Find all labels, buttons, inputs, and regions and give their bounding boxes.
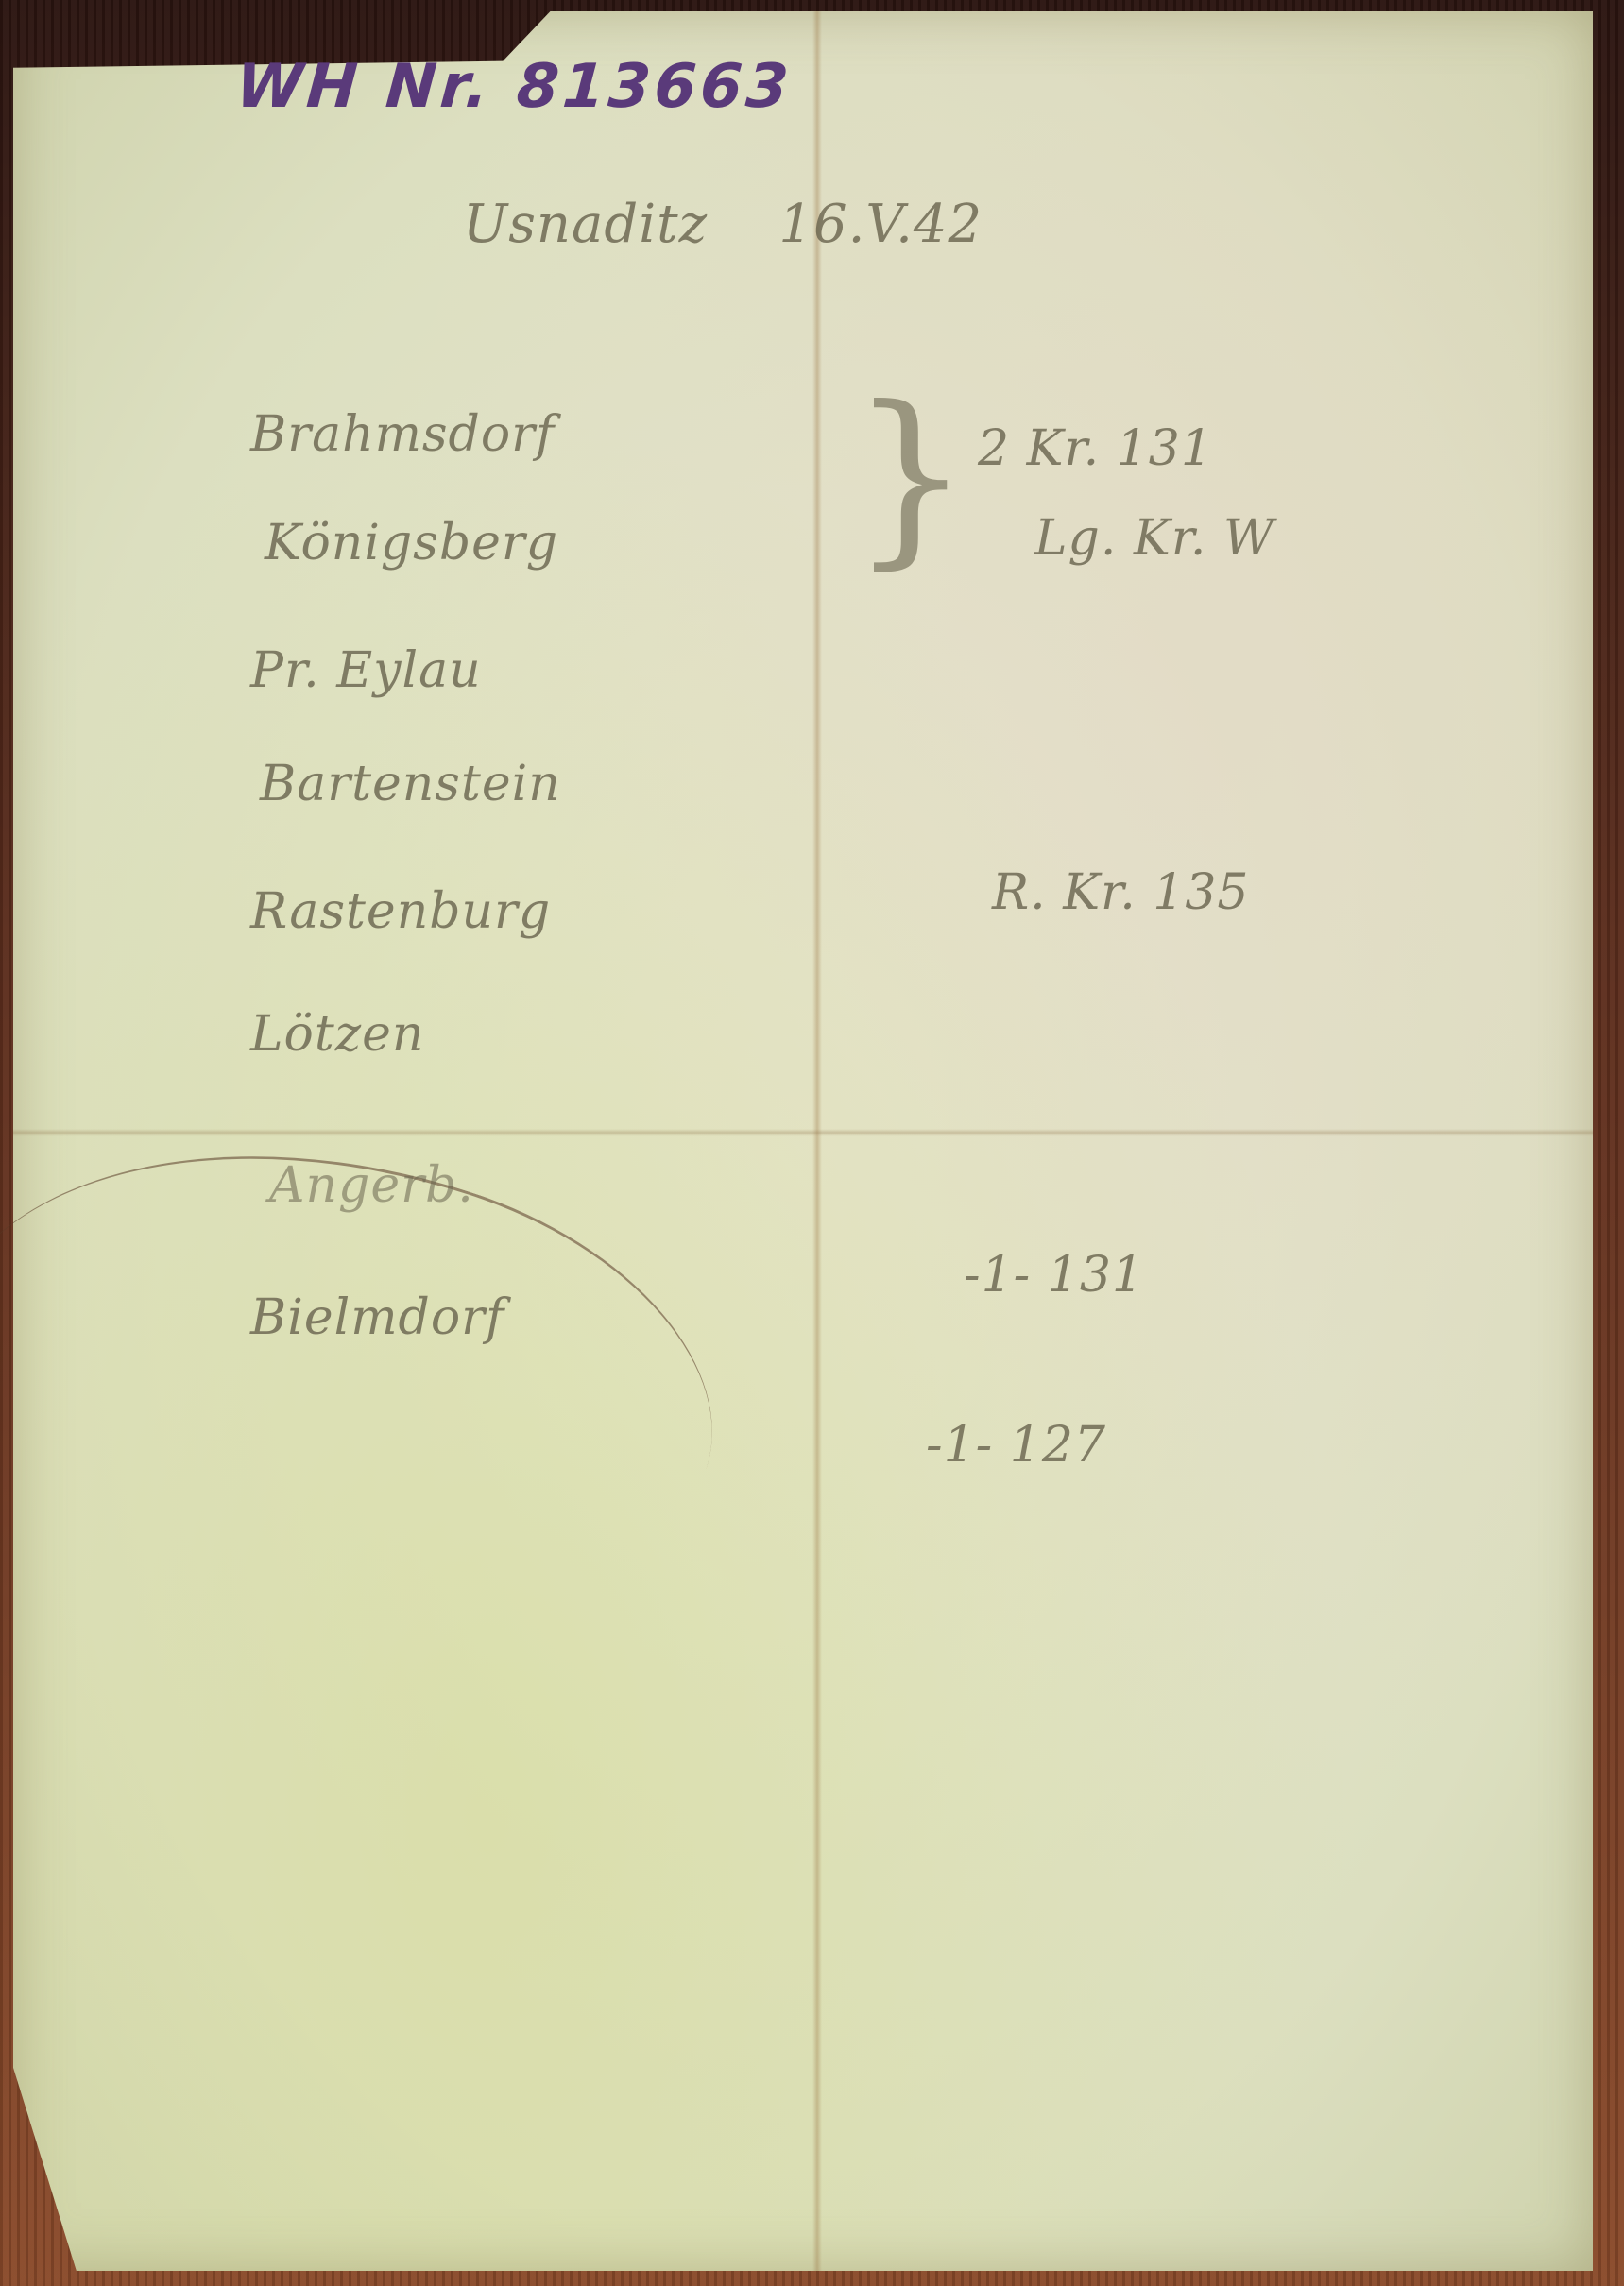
date-value: 16.V.42	[778, 194, 983, 255]
entry-place: Brahmsdorf	[250, 406, 555, 463]
entry-reference: R. Kr. 135	[992, 864, 1250, 921]
entry-place: Lötzen	[250, 1006, 424, 1063]
horizontal-fold-line	[13, 1129, 1593, 1136]
entry-reference: 2 Kr. 131	[978, 420, 1213, 477]
header-stamp: WH Nr. 813663	[233, 52, 794, 122]
entry-place: Bartenstein	[260, 756, 561, 812]
paper-sheet	[13, 11, 1593, 2271]
entry-place: Pr. Eylau	[250, 642, 482, 699]
entry-reference: Lg. Kr. W	[1034, 510, 1274, 567]
entry-reference: -1- 131	[964, 1247, 1144, 1304]
date-place: Usnaditz	[463, 194, 708, 255]
vertical-fold-line	[812, 11, 822, 2271]
entry-place: Bielmdorf	[250, 1289, 504, 1346]
entry-place: Rastenburg	[250, 883, 551, 940]
date-line: Usnaditz 16.V.42	[463, 194, 983, 255]
entry-reference: -1- 127	[926, 1417, 1106, 1474]
bracket-mark: }	[850, 383, 970, 571]
entry-place: Königsberg	[265, 515, 558, 571]
entry-place: Angerb.	[269, 1157, 474, 1214]
